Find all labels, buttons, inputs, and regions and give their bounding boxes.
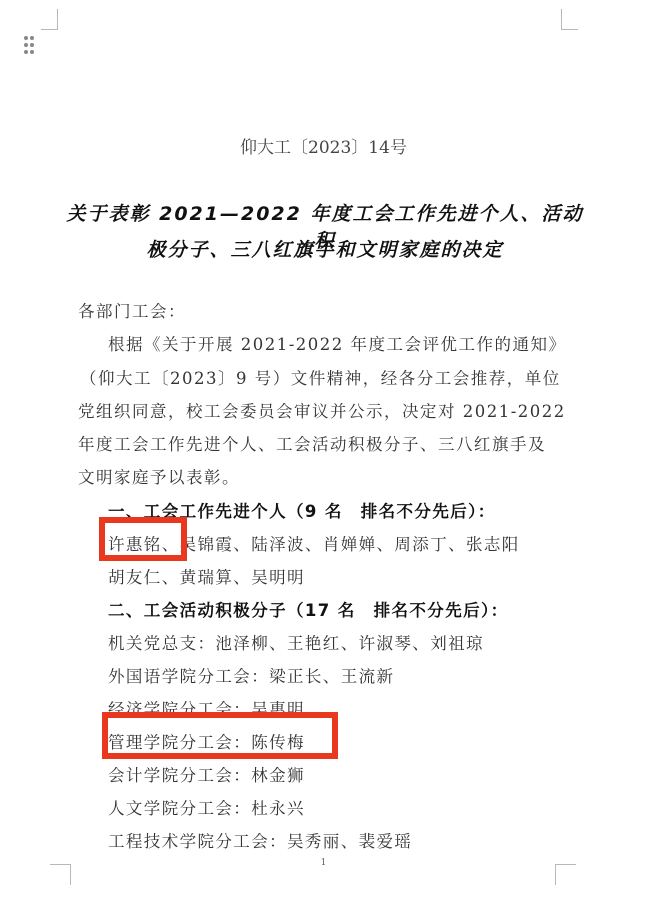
awardee-line: 外国语学院分工会：梁正长、王流新 <box>108 663 394 687</box>
awardee-line: 机关党总支：池泽柳、王艳红、许淑琴、刘祖琼 <box>108 630 484 654</box>
document-title-line-2: 极分子、三八红旗手和文明家庭的决定 <box>60 235 590 262</box>
body-line: （仰大工〔2023〕9 号）文件精神，经各分工会推荐，单位 <box>80 365 561 389</box>
body-line: 文明家庭予以表彰。 <box>78 464 240 488</box>
page-corner-mark-top-right <box>561 9 578 30</box>
awardee-line: 人文学院分工会：杜永兴 <box>108 795 305 819</box>
awardee-line: 工程技术学院分工会：吴秀丽、裴爱瑶 <box>108 828 412 852</box>
awardee-line: 会计学院分工会：林金狮 <box>108 762 305 786</box>
highlight-box-management-school <box>102 712 338 759</box>
awardee-line: 胡友仁、黄瑞算、吴明明 <box>108 564 305 588</box>
document-number: 仰大工〔2023〕14号 <box>0 133 647 158</box>
body-line: 年度工会工作先进个人、工会活动积极分子、三八红旗手及 <box>78 431 546 455</box>
page-number: 1 <box>0 858 647 868</box>
body-line: 党组织同意，校工会委员会审议并公示，决定对 2021-2022 <box>78 398 566 422</box>
drag-handle-icon[interactable] <box>24 36 34 54</box>
page-corner-mark-top-left <box>41 9 58 30</box>
salutation: 各部门工会： <box>78 298 186 322</box>
highlight-box-awardee <box>99 517 187 561</box>
body-line: 根据《关于开展 2021-2022 年度工会评优工作的通知》 <box>108 331 567 355</box>
section-2-heading: 二、工会活动积极分子（17 名 排名不分先后）： <box>108 597 509 621</box>
